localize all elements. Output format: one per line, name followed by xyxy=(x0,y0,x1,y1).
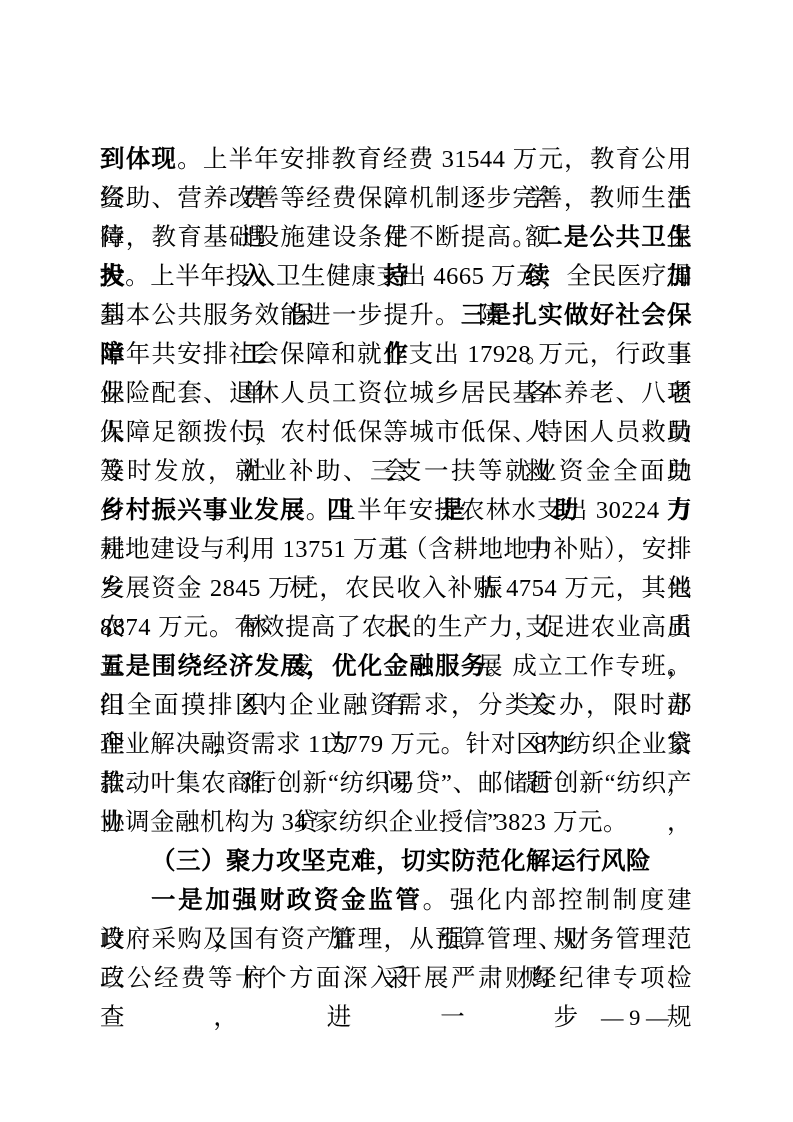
text-line-14: 五是围绕经济发展，优化金融服务。成立工作专班，组织有关部 xyxy=(100,647,692,686)
text-line-19: （三）聚力攻坚克难，切实防范化解运行风险 xyxy=(100,842,692,881)
bold-text-segment: 五是围绕经济发展，优化金融服务 xyxy=(100,653,487,680)
text-line-10: 乡村振兴事业发展。上半年安排农林水支出 30224 万元，其中： xyxy=(100,491,692,530)
text-line-7: 保险配套、退休人员工资、城乡居民基本养老、八老人员等人员 xyxy=(100,374,692,413)
text-line-16: 企业解决融资需求 115779 万元。针对区内纺织企业贷款难问题， xyxy=(100,725,692,764)
page-number: — 9 — xyxy=(601,1003,669,1033)
text-line-13: 8874 万元。有效提高了农民的生产力，促进农业高质量发展。 xyxy=(100,608,692,647)
text-line-9: 及时发放，就业补助、三支一扶等就业资金全面兑付。四是助力 xyxy=(100,452,692,491)
text-line-6: 半年共安排社会保障和就业支出 17928 万元，行政事业单位各项 xyxy=(100,335,692,374)
text-line-2: 资助、营养改善等经费保障机制逐步完善，教师生活待遇足额保 xyxy=(100,179,692,218)
bold-text-segment: 一是加强财政资金监管 xyxy=(151,887,423,914)
document-page: 到体现。上半年安排教育经费 31544 万元，教育公用经费、学生资助、营养改善等… xyxy=(0,0,793,1122)
bold-text-segment: 到体现 xyxy=(100,146,177,173)
text-line-3: 障，教育基础设施建设条件不断提高。二是公共卫生投入持续加 xyxy=(100,218,692,257)
bold-text-segment: 乡村振兴事业发展 xyxy=(100,497,306,524)
text-line-11: 耕地建设与利用 13751 万元（含耕地地力补贴），安排乡村振兴 xyxy=(100,530,692,569)
text-line-12: 发展资金 2845 万元，农民收入补贴 4754 万元，其他农林水支出 xyxy=(100,569,692,608)
text-line-21: 政府采购及国有资产管理，从预算管理、财务管理、政府采购、 xyxy=(100,920,692,959)
bold-text-segment: 大 xyxy=(100,263,125,290)
document-body-text: 到体现。上半年安排教育经费 31544 万元，教育公用经费、学生资助、营养改善等… xyxy=(100,140,692,998)
bold-text-segment: （三）聚力攻坚克难，切实防范化解运行风险 xyxy=(151,848,651,875)
text-segment: 协调金融机构为 34 家纺织企业授信 3823 万元。 xyxy=(100,809,628,836)
text-line-4: 大。上半年投入卫生健康支出 4665 万元，全民医疗得到保障， xyxy=(100,257,692,296)
text-line-20: 一是加强财政资金监管。强化内部控制制度建设，加强规范 xyxy=(100,881,692,920)
text-line-8: 保障足额拨付，农村低保、城市低保、特困人员救助等社会救助 xyxy=(100,413,692,452)
text-line-17: 推动叶集农商行创新“纺织易贷”、邮储行创新“纺织产业贷”， xyxy=(100,764,692,803)
text-line-15: 门全面摸排区内企业融资需求，分类交办，限时办理，为 871 家 xyxy=(100,686,692,725)
text-line-5: 基本公共服务效能进一步提升。三是扎实做好社会保障工作。上 xyxy=(100,296,692,335)
text-segment: 障，教育基础设施建设条件不断提高。 xyxy=(100,224,538,251)
text-line-22: 三公经费等十个方面深入开展严肃财经纪律专项检查，进一步规 xyxy=(100,959,692,998)
text-line-1: 到体现。上半年安排教育经费 31544 万元，教育公用经费、学生 xyxy=(100,140,692,179)
text-segment: 基本公共服务效能进一步提升。 xyxy=(100,302,461,329)
text-line-18: 协调金融机构为 34 家纺织企业授信 3823 万元。 xyxy=(100,803,692,842)
